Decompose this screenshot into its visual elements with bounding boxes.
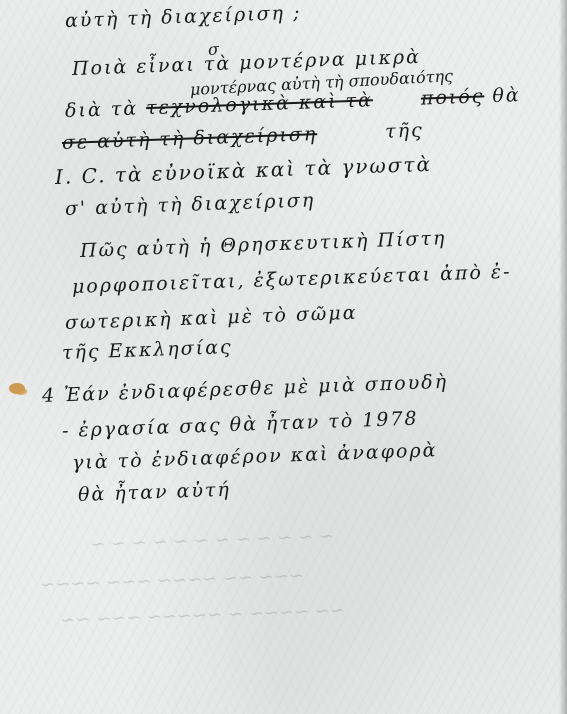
- manuscript-line-8: μορφοποιεῖται, ἐξωτερικεύεται ἀπὸ ἐ-: [72, 261, 512, 298]
- manuscript-line-5: Ι. C. τὰ εὐνοϊκὰ καὶ τὰ γνωστὰ: [55, 152, 433, 189]
- show-through-text: ~~~ ~~ ~~~~ ~~~ ~~~~: [40, 565, 305, 595]
- manuscript-line-14: θὰ ἦταν αὐτή: [78, 479, 232, 506]
- struck-text: ποιός: [421, 85, 485, 109]
- manuscript-line-7: Πῶς αὐτὴ ἡ Θρησκευτικὴ Πίστη: [80, 227, 447, 262]
- manuscript-line-9: σωτερικὴ καὶ μὲ τὸ σῶμα: [65, 302, 358, 334]
- struck-text: σε αὐτὴ τὴ διαχείριση: [62, 123, 318, 154]
- manuscript-line-4: σε αὐτὴ τὴ διαχείριση τῆς: [62, 119, 424, 154]
- scan-edge-shadow: [559, 0, 567, 714]
- manuscript-line-11: 4 Ἐάν ἐνδιαφέρεσθε μὲ μιὰ σπουδὴ: [42, 371, 449, 407]
- show-through-text: ~~ ~~~~ ~ ~~~~~ ~~~ ~~: [60, 600, 346, 631]
- ink-stain: [9, 383, 25, 394]
- manuscript-line-6: σ' αὐτὴ τὴ διαχείριση: [65, 189, 316, 220]
- manuscript-line-1: αὐτὴ τὴ διαχείριση ;: [65, 2, 302, 32]
- manuscript-line-10: τῆς Εκκλησίας: [62, 336, 233, 364]
- manuscript-line-13: γιὰ τὸ ἐνδιαφέρον καὶ ἀναφορὰ: [72, 439, 438, 474]
- manuscript-page: ~ ~ ~ ~ ~ ~ ~ ~ ~ ~ ~ ~ ~~~ ~~ ~~~~ ~~~ …: [0, 0, 567, 714]
- struck-text: τεχνολογικὰ καὶ τὰ: [146, 89, 374, 119]
- show-through-text: ~ ~ ~ ~ ~ ~ ~ ~ ~ ~ ~ ~: [90, 526, 335, 556]
- manuscript-line-12: - ἐργασία σας θὰ ἦταν τὸ 1978: [62, 408, 419, 442]
